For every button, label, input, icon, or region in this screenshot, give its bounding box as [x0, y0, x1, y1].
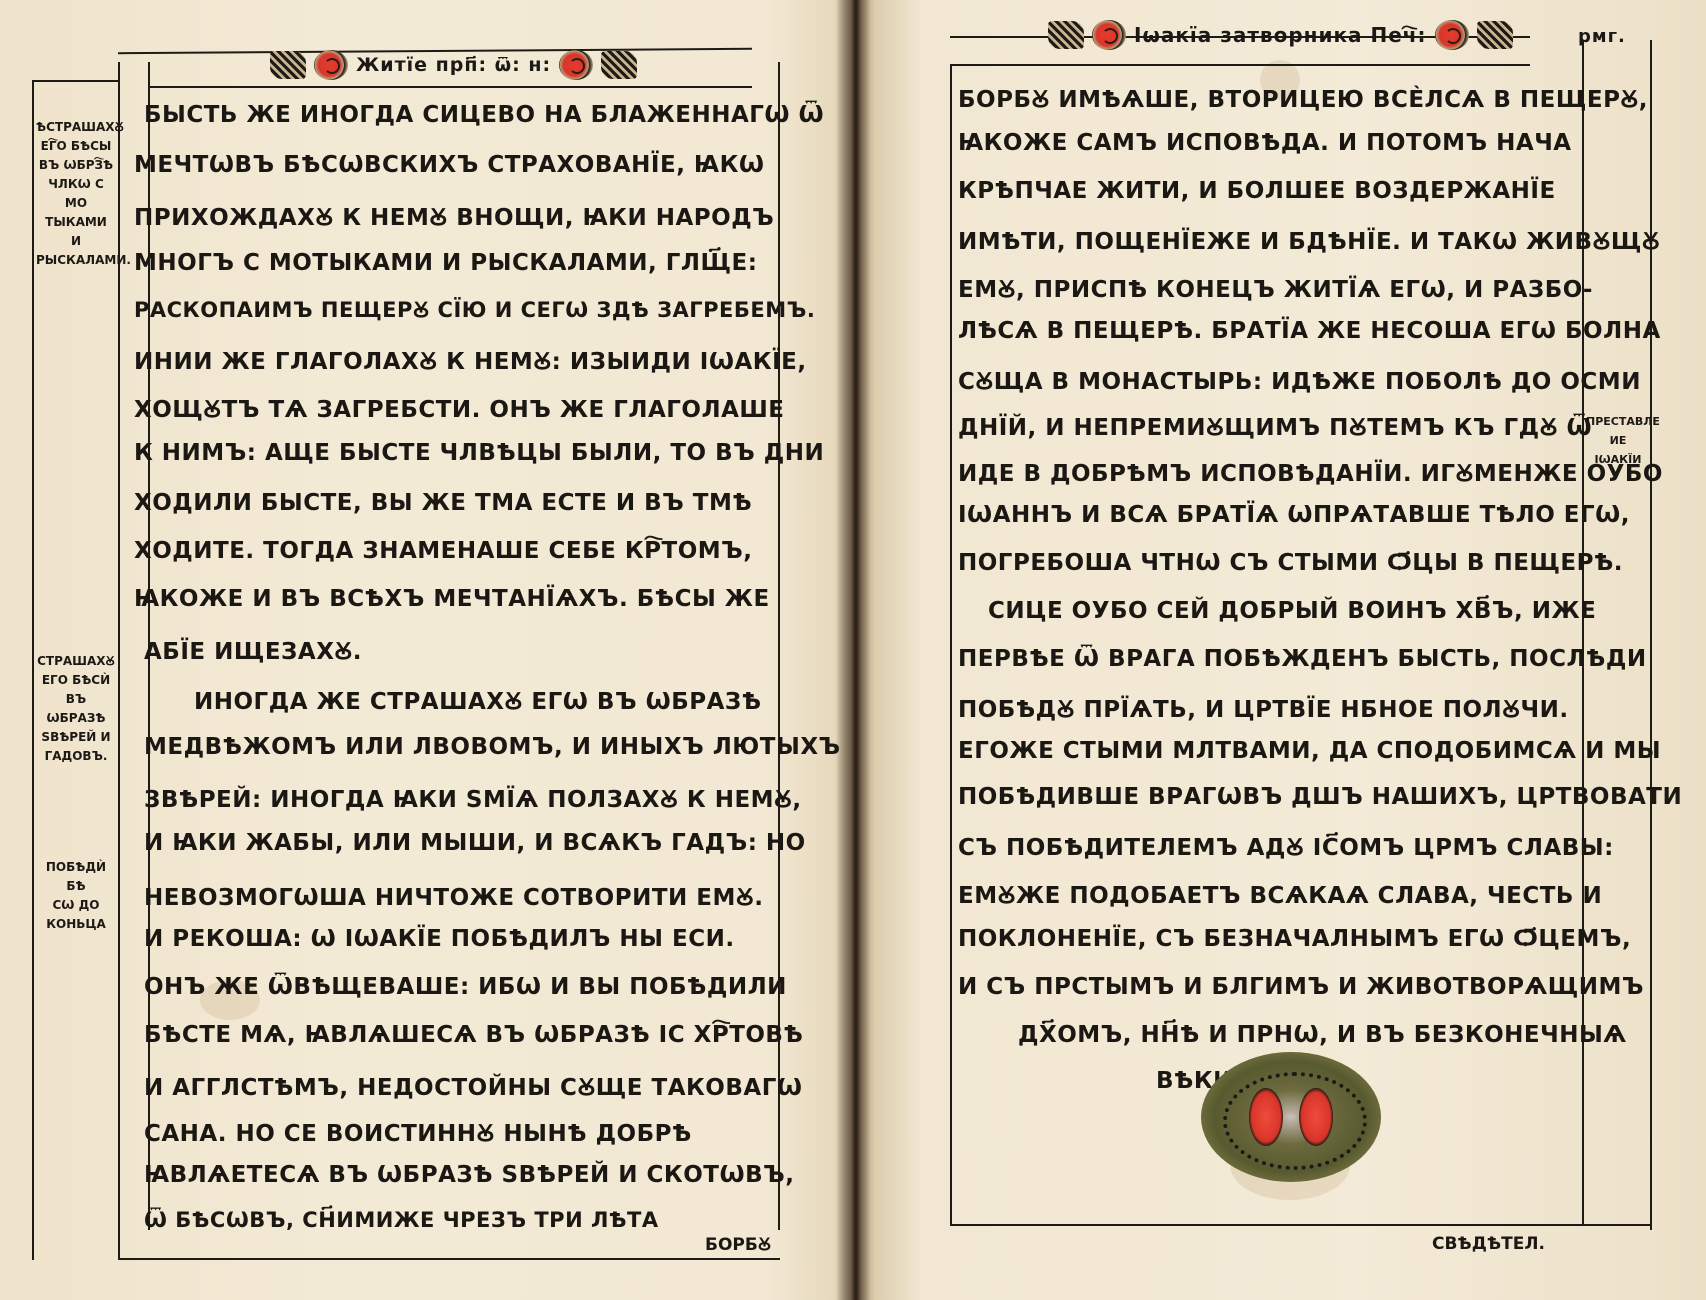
text-line: емꙋже подобаетъ всѧкаѧ слава, честь и: [958, 878, 1602, 910]
headpiece-ornament-icon: [270, 51, 306, 79]
text-line: медвѣжомъ или лвовомъ, и иныхъ лютыхъ: [144, 734, 841, 760]
text-line: бѣсте мѧ, ꙗвлѧшесѧ въ ѡбразѣ Іс Хр҇товѣ: [144, 1022, 803, 1048]
headpiece-ornament-icon: [601, 51, 637, 79]
headpiece-ornament-icon: [1048, 21, 1084, 49]
text-line: ꙗкоже и въ всѣхъ мечтанїѧхъ. бѣсы же: [134, 586, 770, 612]
margin-note: побѣдѝ бѣ сѡ до коньца: [36, 858, 116, 934]
text-line: погребоша чтнѡ съ стыми ѻ҃цы в Пещерѣ.: [958, 550, 1623, 576]
margin-top-rule: [32, 80, 120, 82]
text-line: ꙗвлѧетесѧ въ ѡбразѣ ѕвѣрей и скотѡвъ,: [144, 1162, 794, 1188]
text-line: Сице оубо сей добрый воинъ Хв҃ъ, иже: [988, 598, 1596, 624]
bottom-rule: [950, 1224, 1652, 1226]
text-line: и агглстѣмъ, недостойны сꙋще таковагѡ: [144, 1070, 802, 1102]
text-line: имѣти, пощенїеже и бдѣнїе. И такѡ живꙋщꙋ: [958, 224, 1660, 256]
text-line: поклоненїе, съ безначалнымъ егѡ ѻ҃цемъ,: [958, 926, 1631, 952]
text-line: и съ прстымъ и блгимъ и животворѧщимъ: [958, 974, 1644, 1000]
margin-note-line: въ ѡбразѣ: [36, 690, 116, 728]
text-line: ходили бысте, вы же тма есте и въ тмѣ: [134, 490, 752, 516]
text-line: Дх҃омъ, нн҃ѣ и прнѡ, и въ безконечныѧ: [1018, 1022, 1627, 1048]
text-line: невозмогѡша ничтоже сотворити емꙋ.: [144, 880, 764, 912]
margin-note-line: ѕвѣрей и: [36, 728, 116, 747]
text-line: съ побѣдителемъ адꙋ Іс҃омъ Црмъ славы:: [958, 830, 1614, 862]
bottom-rule: [118, 1258, 780, 1260]
text-line: побѣдивше врагѡвъ дшъ нашихъ, цртвовати: [958, 784, 1682, 810]
text-line: Онъ же ѿвѣщеваше: ибѡ и вы побѣдили: [144, 974, 787, 1000]
red-ornament-icon: [1092, 20, 1126, 50]
text-line: абїе ищезахꙋ.: [144, 634, 362, 666]
text-line: сꙋща в монастырь: идѣже поболѣ до осми: [958, 364, 1641, 396]
red-ornament-icon: [559, 50, 593, 80]
running-head: Іѡакїа затворника Печ҇:: [1048, 20, 1513, 50]
text-line: многъ с мотыками и рыскалами, глщ҃е:: [134, 250, 757, 276]
red-ornament-icon: [1435, 20, 1469, 50]
folio-number-text: рмг.: [1578, 26, 1626, 47]
inner-margin-rule: [118, 62, 120, 1260]
red-petal-ornament-icon: [1249, 1088, 1283, 1146]
catchword: свѣдѣтел.: [1432, 1234, 1545, 1254]
text-line: ꙗкоже самъ исповѣда. И потомъ нача: [958, 130, 1572, 156]
text-line: инии же глаголахꙋ к немꙋ: изыиди Іѡакїе,: [134, 344, 807, 376]
margin-note-line: въ ѡбрз҇ѣ: [36, 156, 116, 175]
text-line: борбꙋ имѣѧше, вторицею всѐлсѧ в Пещерꙋ,: [958, 82, 1648, 114]
text-line: и ꙗки жабы, или мыши, и всѧкъ гадъ: но: [144, 830, 806, 856]
text-left-rule: [950, 64, 952, 1224]
margin-note-line: и рыскалами.: [36, 232, 116, 270]
text-line: звѣрей: иногда ꙗки ѕмїѧ ползахꙋ к немꙋ,: [144, 782, 802, 814]
head-underline: [148, 86, 752, 88]
tailpiece-ornament-icon: [1201, 1052, 1381, 1182]
text-line: к нимъ: аще бысте члвѣцы были, то въ дни: [134, 440, 824, 466]
text-line: и рекоша: ѡ Іѡакїе побѣдилъ ны еси.: [144, 926, 735, 952]
text-line: Иногда же страшахꙋ егѡ въ ѡбразѣ: [194, 684, 762, 716]
text-line: ходите. тогда знаменаше себе кр҇томъ,: [134, 538, 753, 564]
book-spread: Житїе прп҃: ѿ: н: Ѣстрашахꙋ ег҇о бѣсы въ…: [0, 0, 1706, 1300]
running-head-text: Житїе прп҃: ѿ: н:: [356, 54, 551, 76]
text-line: ѿ бѣсѡвъ, сн҃имиже чрезъ три лѣта: [144, 1208, 659, 1232]
text-line: лѣсѧ в пещерѣ. Братїа же несоша егѡ болн…: [958, 318, 1661, 344]
left-page: Житїе прп҃: ѿ: н: Ѣстрашахꙋ ег҇о бѣсы въ…: [0, 0, 850, 1300]
margin-note-line: сѡ до коньца: [36, 896, 116, 934]
text-line: прихождахꙋ к немꙋ внощи, ꙗки народъ: [134, 200, 774, 232]
text-line: крѣпчае жити, и болшее воздержанїе: [958, 178, 1556, 204]
red-petal-ornament-icon: [1299, 1088, 1333, 1146]
text-line: сана. Но се воистиннꙋ нынѣ добрѣ: [144, 1116, 692, 1148]
margin-note-line: гадовъ.: [36, 747, 116, 766]
running-head-text: Іѡакїа затворника Печ҇:: [1134, 23, 1427, 47]
headpiece-ornament-icon: [1477, 21, 1513, 49]
margin-note-line: Ѣстрашахꙋ: [36, 118, 116, 137]
outer-margin-rule: [32, 80, 34, 1260]
text-line: иде в добрѣмъ исповѣданїи. Игꙋменже оубо: [958, 456, 1663, 488]
text-line: первѣе ѿ врага побѣжденъ бысть, послѣди: [958, 646, 1647, 672]
knotwork-ornament-icon: [1223, 1072, 1367, 1170]
folio-number: рмг.: [1578, 26, 1626, 47]
running-head: Житїе прп҃: ѿ: н:: [270, 50, 637, 80]
text-right-rule: [778, 62, 780, 1230]
text-line: хощꙋтъ тѧ загребсти. Онъ же глаголаше: [134, 392, 785, 424]
margin-note: Ѣстрашахꙋ ег҇о бѣсы въ ѡбрз҇ѣ члкѡ с мо …: [36, 118, 116, 270]
margin-note-line: побѣдѝ бѣ: [36, 858, 116, 896]
red-ornament-icon: [314, 50, 348, 80]
margin-note-line: члкѡ с мо: [36, 175, 116, 213]
catchword: борбꙋ: [705, 1232, 771, 1255]
margin-note-line: его бѣсѝ: [36, 671, 116, 690]
text-line: днїй, и непремиꙋщимъ пꙋтемъ къ Гдꙋ ѿ: [958, 410, 1592, 442]
text-line: раскопаимъ пещерꙋ сїю и сегѡ здѣ загребе…: [134, 296, 815, 324]
text-line: емꙋ, приспѣ конецъ житїѧ егѡ, и разбо-: [958, 272, 1593, 304]
margin-note: страшахꙋ его бѣсѝ въ ѡбразѣ ѕвѣрей и гад…: [36, 652, 116, 766]
text-line: Бысть же иногда сицево на блаженнагѡ ѿ: [144, 102, 824, 128]
margin-note-line: преставле: [1586, 412, 1650, 431]
margin-note-line: тыками: [36, 213, 116, 232]
head-underline: [950, 64, 1530, 66]
margin-note-line: страшахꙋ: [36, 652, 116, 671]
margin-note-line: ег҇о бѣсы: [36, 137, 116, 156]
text-line: егоже стыми млтвами, да сподобимсѧ и мы: [958, 738, 1661, 764]
text-line: побѣдꙋ прїѧть, и Цртвїе Нбное полꙋчи.: [958, 692, 1569, 724]
outer-margin-rule: [1650, 40, 1652, 1230]
text-line: Іѡаннъ и всѧ братїѧ ѡпрѧтавше тѣло егѡ,: [958, 502, 1630, 528]
text-line: мечтѡвъ бѣсѡвскихъ страхованїе, ꙗкѡ: [134, 152, 765, 178]
